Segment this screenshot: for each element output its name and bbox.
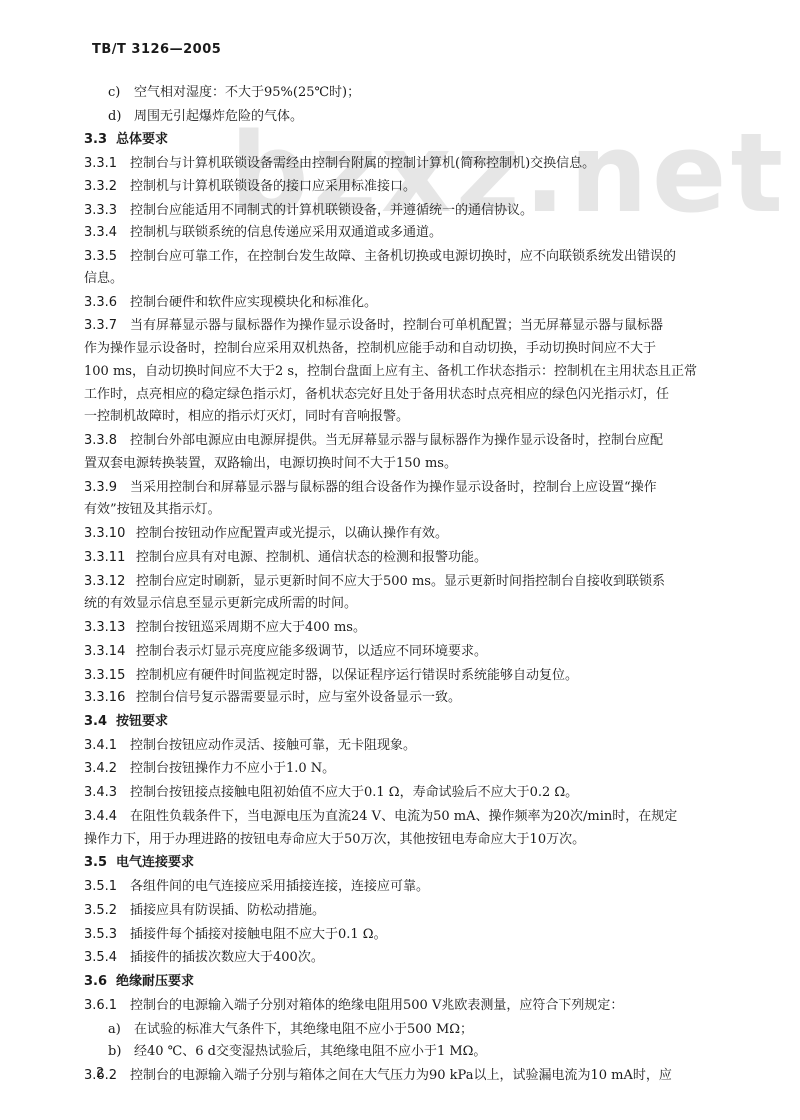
clause: 3.4.1控制台按钮应动作灵活、接触可靠，无卡阻现象。 xyxy=(84,738,416,754)
clause-number: 3.3.16 xyxy=(84,690,136,706)
clause-number: 3.5.4 xyxy=(84,950,130,966)
clause-number: 3.3.15 xyxy=(84,668,136,684)
section-heading: 3.4按钮要求 xyxy=(84,714,168,730)
paragraph-continuation: 统的有效显示信息至显示更新完成所需的时间。 xyxy=(84,596,357,612)
clause-number: 3.3.7 xyxy=(84,318,130,334)
clause: 3.3.3控制台应能适用不同制式的计算机联锁设备，并遵循统一的通信协议。 xyxy=(84,203,533,219)
clause-text: 控制台硬件和软件应实现模块化和标准化。 xyxy=(130,295,377,310)
list-item: a)在试验的标准大气条件下，其绝缘电阻不应小于500 MΩ； xyxy=(108,1022,473,1038)
clause-number: 3.3.11 xyxy=(84,550,136,566)
clause-number: b) xyxy=(108,1044,134,1060)
clause-number: 3.3.4 xyxy=(84,225,130,241)
clause-text: 100 ms，自动切换时间应不大于2 s，控制台盘面上应有主、备机工作状态指示：… xyxy=(84,364,697,379)
clause-text: 控制台应能适用不同制式的计算机联锁设备，并遵循统一的通信协议。 xyxy=(130,203,533,218)
clause-number: 3.3.5 xyxy=(84,249,130,265)
clause-text: 总体要求 xyxy=(116,132,168,147)
clause: 3.4.4在阻性负载条件下，当电源电压为直流24 V、电流为50 mA、操作频率… xyxy=(84,809,677,825)
clause-text: 作为操作显示设备时，控制台应采用双机热备，控制机应能手动和自动切换，手动切换时间… xyxy=(84,341,656,356)
section-heading: 3.5电气连接要求 xyxy=(84,855,194,871)
clause-number: 3.5 xyxy=(84,855,116,871)
clause: 3.3.11控制台应具有对电源、控制机、通信状态的检测和报警功能。 xyxy=(84,550,487,566)
document-page: TB/T 3126—2005 c)空气相对湿度：不大于95%(25℃时)；d)周… xyxy=(0,0,800,1120)
clause: 3.3.6控制台硬件和软件应实现模块化和标准化。 xyxy=(84,295,377,311)
clause: 3.6.2控制台的电源输入端子分别与箱体之间在大气压力为90 kPa以上，试验漏… xyxy=(84,1068,672,1084)
clause-number: 3.3.3 xyxy=(84,203,130,219)
clause-number: 3.3.1 xyxy=(84,156,130,172)
clause-number: 3.3.2 xyxy=(84,179,130,195)
clause-number: a) xyxy=(108,1022,134,1038)
page-number: 2 xyxy=(96,1066,104,1081)
clause: 3.3.1控制台与计算机联锁设备需经由控制台附属的控制计算机(简称控制机)交换信… xyxy=(84,156,595,172)
clause-text: 绝缘耐压要求 xyxy=(116,974,194,989)
clause-text: 置双套电源转换装置，双路输出，电源切换时间不大于150 ms。 xyxy=(84,456,457,471)
clause-number: c) xyxy=(108,85,134,101)
clause-number: 3.3.14 xyxy=(84,644,136,660)
clause-text: 控制台应定时刷新，显示更新时间不应大于500 ms。显示更新时间指控制台自接收到… xyxy=(136,574,665,589)
clause: 3.5.3插接件每个插接对接触电阻不应大于0.1 Ω。 xyxy=(84,927,387,943)
clause-text: 控制台的电源输入端子分别与箱体之间在大气压力为90 kPa以上，试验漏电流为10… xyxy=(130,1068,672,1083)
clause-text: 插接应具有防误插、防松动措施。 xyxy=(130,903,325,918)
clause-text: 在阻性负载条件下，当电源电压为直流24 V、电流为50 mA、操作频率为20次/… xyxy=(130,809,677,824)
clause: 3.5.2插接应具有防误插、防松动措施。 xyxy=(84,903,325,919)
clause-text: 控制台的电源输入端子分别对箱体的绝缘电阻用500 V兆欧表测量，应符合下列规定： xyxy=(130,998,623,1013)
clause-number: 3.3.12 xyxy=(84,574,136,590)
section-heading: 3.6绝缘耐压要求 xyxy=(84,974,194,990)
list-item: c)空气相对湿度：不大于95%(25℃时)； xyxy=(108,85,360,101)
clause-text: 控制台外部电源应由电源屏提供。当无屏幕显示器与鼠标器作为操作显示设备时，控制台应… xyxy=(130,433,663,448)
clause: 3.3.7当有屏幕显示器与鼠标器作为操作显示设备时，控制台可单机配置；当无屏幕显… xyxy=(84,318,663,334)
clause: 3.4.3控制台按钮接点接触电阻初始值不应大于0.1 Ω，寿命试验后不应大于0.… xyxy=(84,785,578,801)
clause-number: 3.4 xyxy=(84,714,116,730)
clause-text: 当有屏幕显示器与鼠标器作为操作显示设备时，控制台可单机配置；当无屏幕显示器与鼠标… xyxy=(130,318,663,333)
clause-number: 3.3.9 xyxy=(84,480,130,496)
clause-text: 控制台按钮接点接触电阻初始值不应大于0.1 Ω，寿命试验后不应大于0.2 Ω。 xyxy=(130,785,578,800)
clause-text: 控制台信号复示器需要显示时，应与室外设备显示一致。 xyxy=(136,690,461,705)
clause: 3.6.1控制台的电源输入端子分别对箱体的绝缘电阻用500 V兆欧表测量，应符合… xyxy=(84,998,623,1014)
clause-text: 空气相对湿度：不大于95%(25℃时)； xyxy=(134,85,360,100)
clause-text: 在试验的标准大气条件下，其绝缘电阻不应小于500 MΩ； xyxy=(134,1022,473,1037)
clause-text: 统的有效显示信息至显示更新完成所需的时间。 xyxy=(84,596,357,611)
clause-text: 控制台按钮应动作灵活、接触可靠，无卡阻现象。 xyxy=(130,738,416,753)
clause-number: 3.3.8 xyxy=(84,433,130,449)
paragraph-continuation: 有效”按钮及其指示灯。 xyxy=(84,502,221,518)
paragraph-continuation: 工作时，点亮相应的稳定绿色指示灯，备机状态完好且处于备用状态时点亮相应的绿色闪光… xyxy=(84,387,669,403)
clause: 3.3.8控制台外部电源应由电源屏提供。当无屏幕显示器与鼠标器作为操作显示设备时… xyxy=(84,433,663,449)
clause-text: 插接件的插拔次数应大于400次。 xyxy=(130,950,324,965)
clause-number: 3.3.10 xyxy=(84,526,136,542)
clause-text: 控制机与联锁系统的信息传递应采用双通道或多通道。 xyxy=(130,225,442,240)
list-item: d)周围无引起爆炸危险的气体。 xyxy=(108,109,303,125)
clause-text: 当采用控制台和屏幕显示器与鼠标器的组合设备作为操作显示设备时，控制台上应设置“操… xyxy=(130,480,657,495)
clause: 3.3.13控制台按钮巡采周期不应大于400 ms。 xyxy=(84,620,366,636)
clause-text: 经40 ℃、6 d交变湿热试验后，其绝缘电阻不应小于1 MΩ。 xyxy=(134,1044,486,1059)
clause-text: 控制台按钮巡采周期不应大于400 ms。 xyxy=(136,620,366,635)
clause-number: 3.5.2 xyxy=(84,903,130,919)
clause-text: 控制机与计算机联锁设备的接口应采用标准接口。 xyxy=(130,179,416,194)
clause-text: 工作时，点亮相应的稳定绿色指示灯，备机状态完好且处于备用状态时点亮相应的绿色闪光… xyxy=(84,387,669,402)
clause-number: d) xyxy=(108,109,134,125)
section-heading: 3.3总体要求 xyxy=(84,132,168,148)
clause-number: 3.5.1 xyxy=(84,879,130,895)
clause: 3.5.1各组件间的电气连接应采用插接连接，连接应可靠。 xyxy=(84,879,429,895)
clause-number: 3.4.2 xyxy=(84,761,130,777)
clause: 3.3.12控制台应定时刷新，显示更新时间不应大于500 ms。显示更新时间指控… xyxy=(84,574,665,590)
clause: 3.4.2控制台按钮操作力不应小于1.0 N。 xyxy=(84,761,335,777)
list-item: b)经40 ℃、6 d交变湿热试验后，其绝缘电阻不应小于1 MΩ。 xyxy=(108,1044,486,1060)
clause: 3.5.4插接件的插拔次数应大于400次。 xyxy=(84,950,324,966)
paragraph-continuation: 100 ms，自动切换时间应不大于2 s，控制台盘面上应有主、备机工作状态指示：… xyxy=(84,364,697,380)
clause-number: 3.6 xyxy=(84,974,116,990)
clause: 3.3.5控制台应可靠工作，在控制台发生故障、主备机切换或电源切换时，应不向联锁… xyxy=(84,249,676,265)
clause-number: 3.6.1 xyxy=(84,998,130,1014)
clause-text: 信息。 xyxy=(84,271,123,286)
clause-number: 3.3.6 xyxy=(84,295,130,311)
clause-number: 3.6.2 xyxy=(84,1068,130,1084)
clause-text: 控制台表示灯显示亮度应能多级调节，以适应不同环境要求。 xyxy=(136,644,487,659)
clause: 3.3.4控制机与联锁系统的信息传递应采用双通道或多通道。 xyxy=(84,225,442,241)
clause-number: 3.4.1 xyxy=(84,738,130,754)
clause-number: 3.4.4 xyxy=(84,809,130,825)
clause-number: 3.3.13 xyxy=(84,620,136,636)
clause-text: 按钮要求 xyxy=(116,714,168,729)
clause: 3.3.14控制台表示灯显示亮度应能多级调节，以适应不同环境要求。 xyxy=(84,644,487,660)
clause: 3.3.15控制机应有硬件时间监视定时器，以保证程序运行错误时系统能够自动复位。 xyxy=(84,668,578,684)
clause-text: 控制台应具有对电源、控制机、通信状态的检测和报警功能。 xyxy=(136,550,487,565)
clause-number: 3.4.3 xyxy=(84,785,130,801)
clause: 3.3.9当采用控制台和屏幕显示器与鼠标器的组合设备作为操作显示设备时，控制台上… xyxy=(84,480,657,496)
clause-text: 控制台应可靠工作，在控制台发生故障、主备机切换或电源切换时，应不向联锁系统发出错… xyxy=(130,249,676,264)
clause-number: 3.5.3 xyxy=(84,927,130,943)
clause: 3.3.2控制机与计算机联锁设备的接口应采用标准接口。 xyxy=(84,179,416,195)
clause-text: 插接件每个插接对接触电阻不应大于0.1 Ω。 xyxy=(130,927,387,942)
paragraph-continuation: 信息。 xyxy=(84,271,123,287)
paragraph-continuation: 一控制机故障时，相应的指示灯灭灯，同时有音响报警。 xyxy=(84,409,409,425)
clause-text: 控制台按钮动作应配置声或光提示，以确认操作有效。 xyxy=(136,526,448,541)
clause-text: 一控制机故障时，相应的指示灯灭灯，同时有音响报警。 xyxy=(84,409,409,424)
clause: 3.3.10控制台按钮动作应配置声或光提示，以确认操作有效。 xyxy=(84,526,448,542)
clause-text: 有效”按钮及其指示灯。 xyxy=(84,502,221,517)
clause-text: 电气连接要求 xyxy=(116,855,194,870)
standard-header: TB/T 3126—2005 xyxy=(92,42,221,57)
paragraph-continuation: 操作力下，用于办理进路的按钮电寿命应大于50万次，其他按钮电寿命应大于10万次。 xyxy=(84,832,585,848)
clause-text: 各组件间的电气连接应采用插接连接，连接应可靠。 xyxy=(130,879,429,894)
clause-text: 操作力下，用于办理进路的按钮电寿命应大于50万次，其他按钮电寿命应大于10万次。 xyxy=(84,832,585,847)
clause-number: 3.3 xyxy=(84,132,116,148)
paragraph-continuation: 作为操作显示设备时，控制台应采用双机热备，控制机应能手动和自动切换，手动切换时间… xyxy=(84,341,656,357)
clause-text: 控制台与计算机联锁设备需经由控制台附属的控制计算机(简称控制机)交换信息。 xyxy=(130,156,595,171)
clause-text: 控制机应有硬件时间监视定时器，以保证程序运行错误时系统能够自动复位。 xyxy=(136,668,578,683)
paragraph-continuation: 置双套电源转换装置，双路输出，电源切换时间不大于150 ms。 xyxy=(84,456,457,472)
clause-text: 控制台按钮操作力不应小于1.0 N。 xyxy=(130,761,335,776)
clause-text: 周围无引起爆炸危险的气体。 xyxy=(134,109,303,124)
clause: 3.3.16控制台信号复示器需要显示时，应与室外设备显示一致。 xyxy=(84,690,461,706)
